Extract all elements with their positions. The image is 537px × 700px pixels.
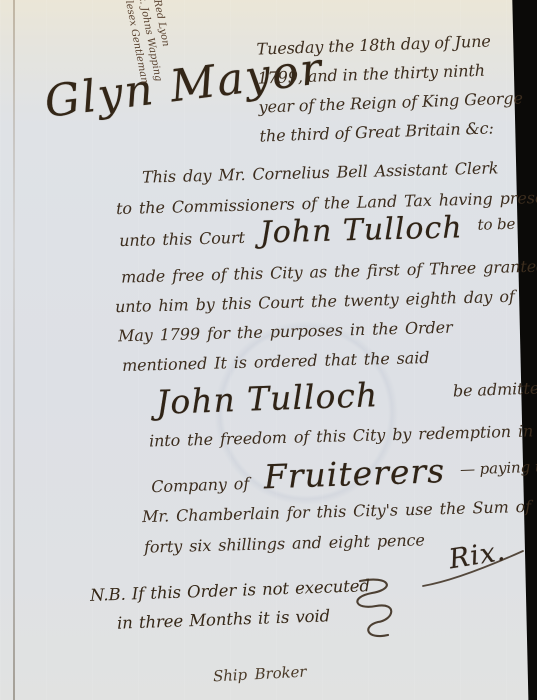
body-text: be admitted	[453, 378, 537, 400]
dateline-block: Tuesday the 18th day of June 1799, and i…	[256, 25, 524, 150]
body-text: unto this Court	[119, 228, 245, 250]
livery-company-name: Fruiterers	[263, 451, 446, 496]
brace-flourish-icon	[332, 574, 404, 648]
body-text: — paying unto	[460, 457, 537, 479]
body-text: Company of	[151, 474, 249, 496]
body-text: to be	[477, 215, 515, 234]
freeman-name: John Tulloch	[155, 375, 378, 422]
scanned-manuscript: { "colors": { "ink": "#3c2d1e", "ink_dar…	[0, 0, 537, 700]
freeman-name: John Tulloch	[259, 210, 463, 250]
signature-flourish-icon	[420, 548, 526, 590]
